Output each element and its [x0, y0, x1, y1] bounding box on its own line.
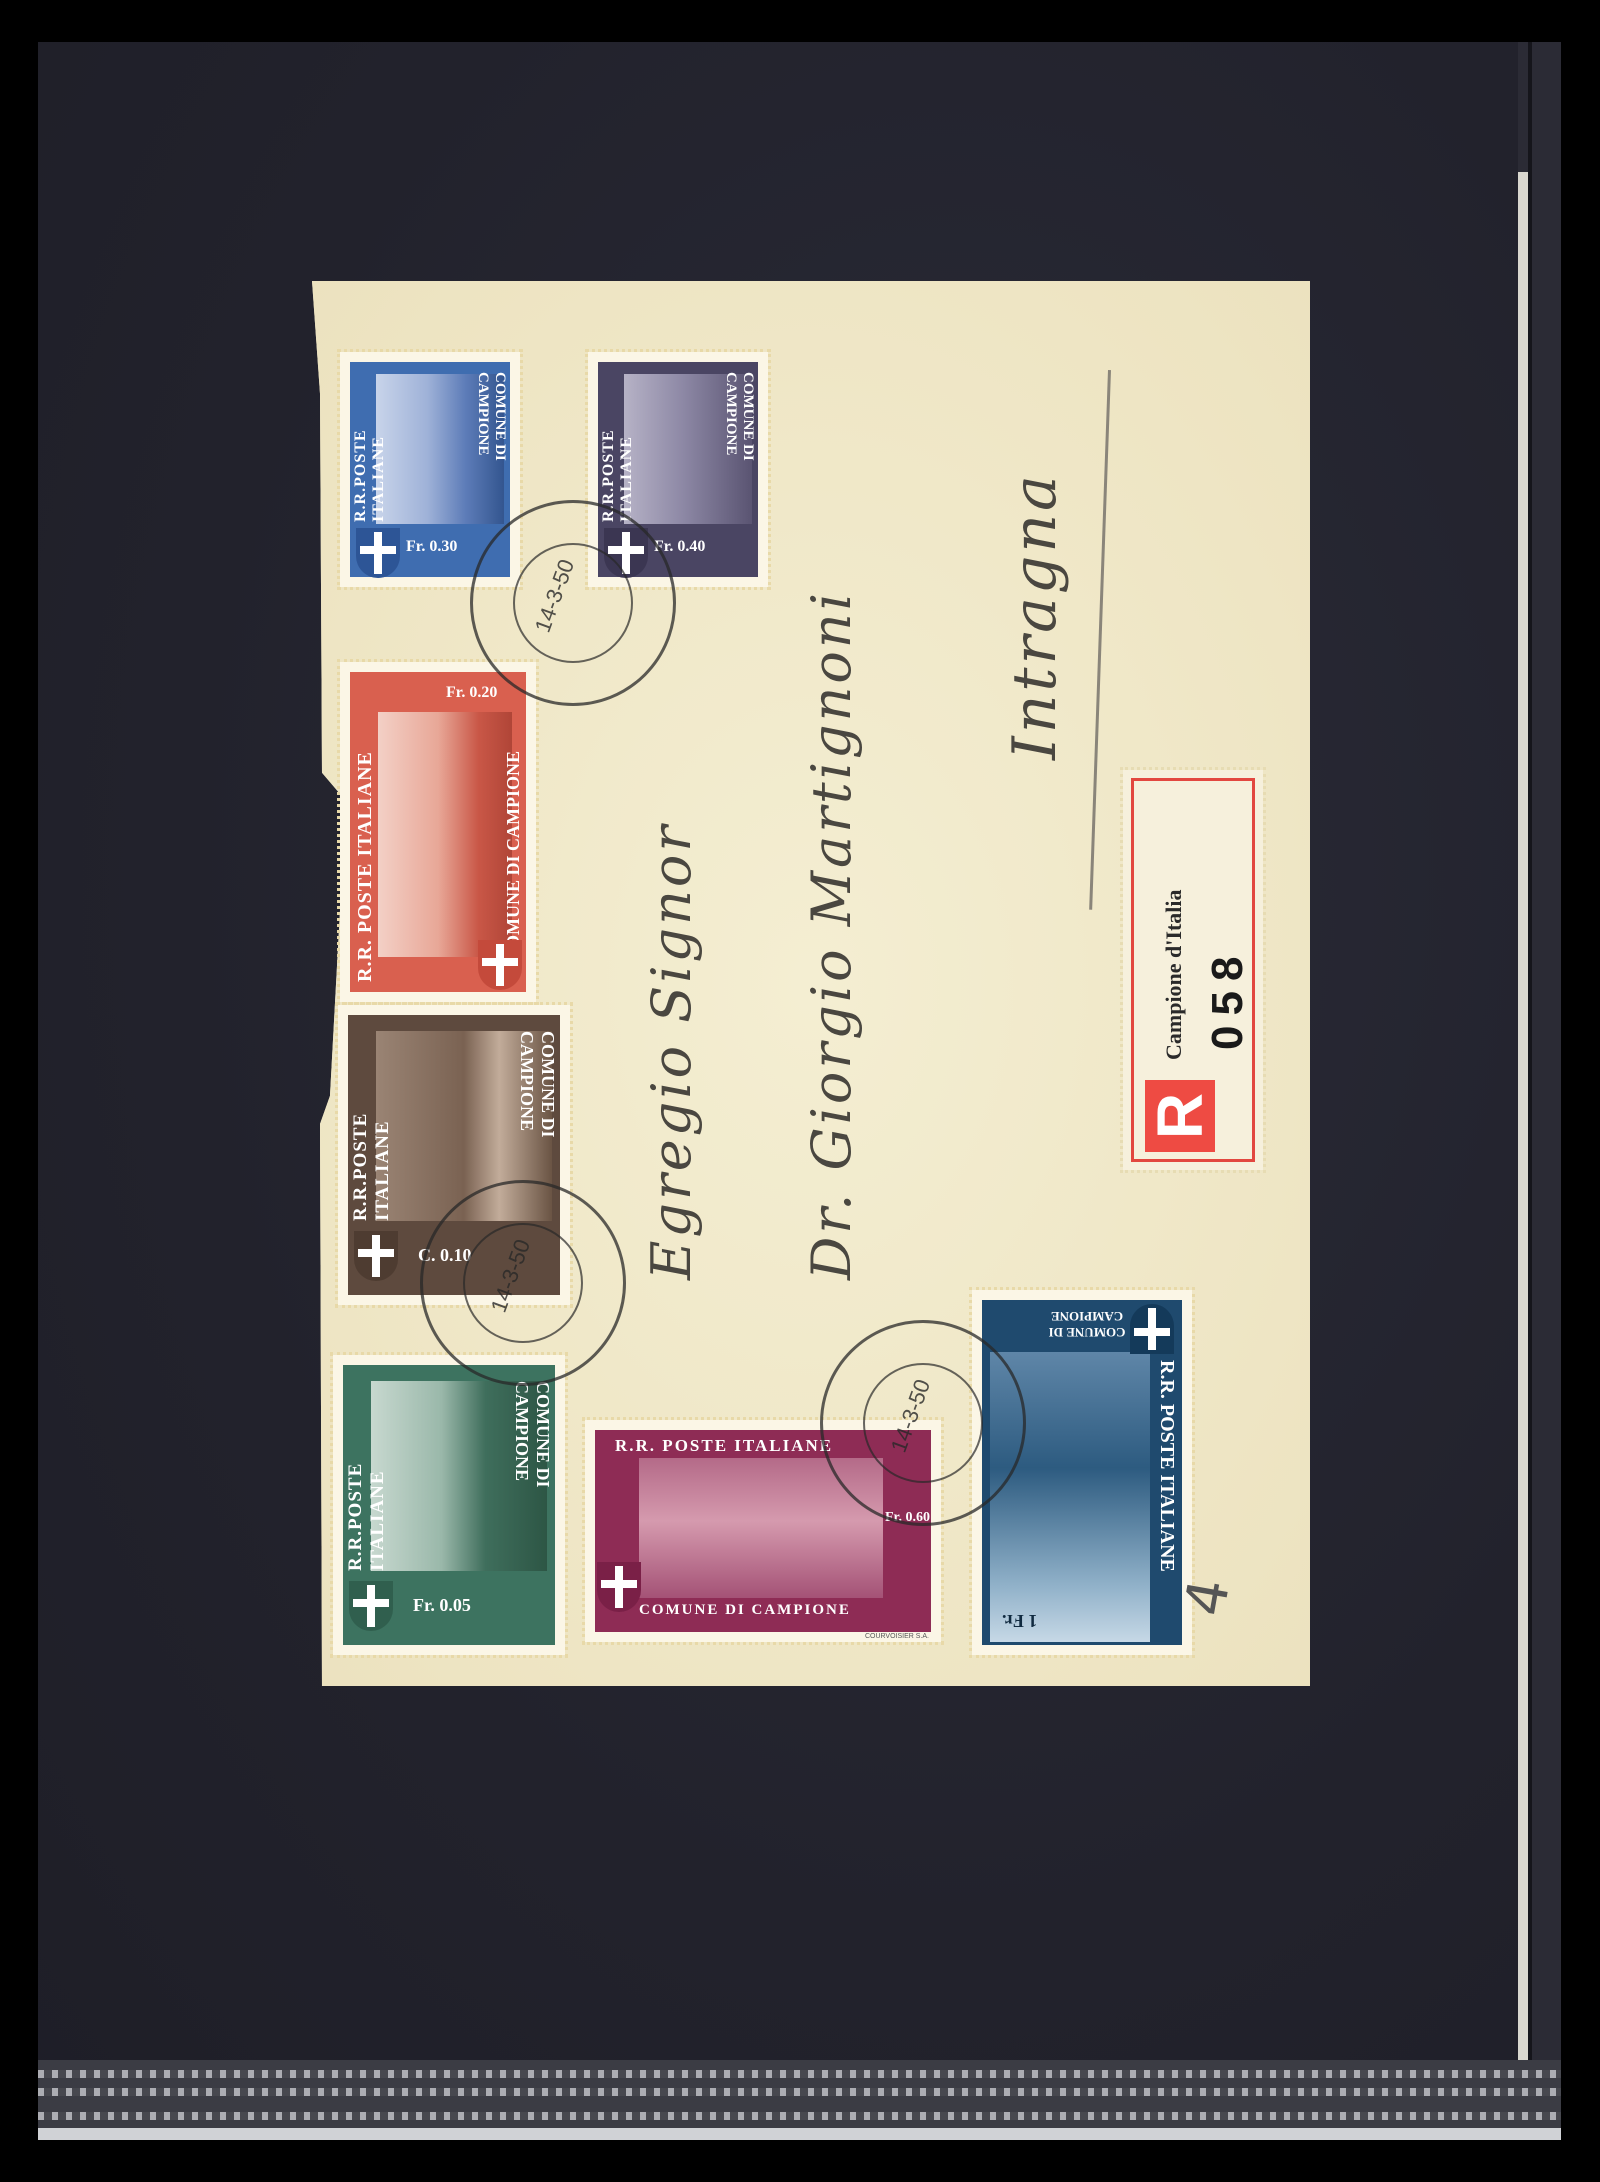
savoy-cross-shield-icon	[349, 1581, 393, 1631]
stamp-side-text: COMUNE DI CAMPIONE	[503, 732, 524, 962]
postmark: 14-3-50	[820, 1320, 1026, 1526]
postmark: 14-3-50	[470, 500, 676, 706]
postmark: 14-3-50	[420, 1180, 626, 1386]
address-line-3: Intragna	[1000, 340, 1070, 760]
address-line-2: Dr. Giorgio Martignoni	[800, 380, 863, 1280]
stamp-top-text: R.R.POSTE ITALIANE	[345, 1381, 389, 1571]
savoy-cross-shield-icon	[478, 940, 522, 990]
stamp-side-text: COMUNE DI CAMPIONE	[474, 372, 508, 522]
stamp-side-text: COMUNE DI CAMPIONE	[511, 1381, 553, 1571]
registration-place: Campione d'Italia	[1161, 800, 1187, 1060]
stamp-value: Fr. 0.30	[406, 538, 457, 556]
stamp-imprint: COURVOISIER S.A.	[865, 1633, 929, 1640]
registration-label: R Campione d'Italia 058	[1123, 770, 1263, 1170]
stamp-value: 1 Fr.	[1002, 1610, 1037, 1631]
stamp-value: Fr. 0.20	[446, 684, 497, 702]
savoy-cross-shield-icon	[597, 1562, 641, 1612]
stamp-top-text: R.R. POSTE ITALIANE	[615, 1436, 833, 1456]
savoy-cross-shield-icon	[354, 1231, 398, 1281]
registration-number: 058	[1203, 810, 1253, 1050]
stamp-0-05: R.R.POSTE ITALIANE COMUNE DI CAMPIONE Fr…	[333, 1355, 565, 1655]
stamp-side-text: COMUNE DI CAMPIONE	[722, 372, 756, 522]
album-page-edge	[1518, 42, 1561, 2140]
stamp-side-text: COMUNE DI CAMPIONE	[639, 1602, 851, 1619]
album-binder-strip	[38, 2060, 1561, 2140]
stamp-top-text: R.R.POSTE ITALIANE	[350, 1031, 394, 1221]
stamp-top-text: R.R.POSTE ITALIANE	[352, 372, 388, 522]
stamp-value: Fr. 0.05	[413, 1595, 471, 1616]
registered-r-badge: R	[1145, 1080, 1215, 1152]
address-line-1: Egregio Signor	[640, 780, 703, 1280]
stamp-side-text: COMUNE DI CAMPIONE	[1032, 1308, 1142, 1340]
stamp-0-20: R.R. POSTE ITALIANE COMUNE DI CAMPIONE F…	[340, 662, 536, 1002]
stamp-top-text: R.R. POSTE ITALIANE	[354, 692, 377, 982]
savoy-cross-shield-icon	[356, 528, 400, 578]
savoy-cross-shield-icon	[1130, 1304, 1174, 1354]
stamp-top-text: R.R.POSTE ITALIANE	[600, 372, 636, 522]
